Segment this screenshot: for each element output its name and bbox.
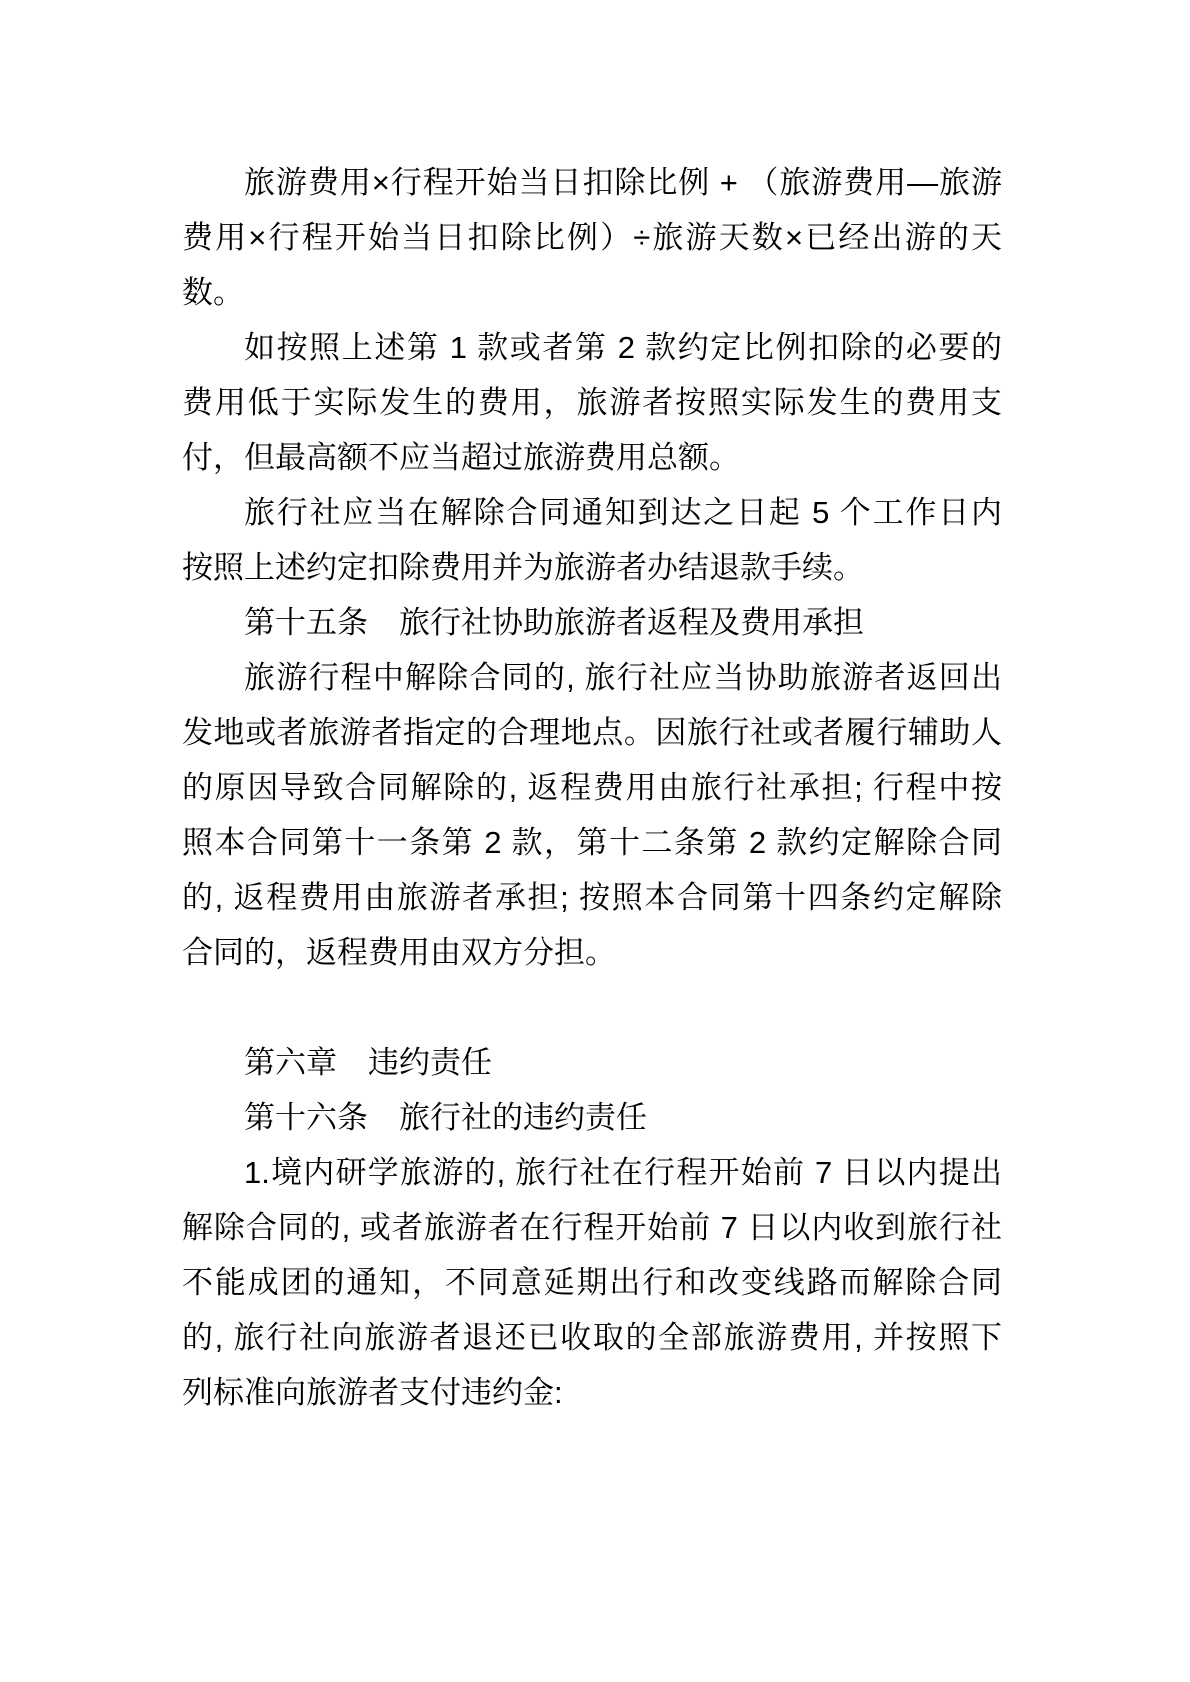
paragraph-line: 旅游行程中解除合同的, 旅行社应当协助旅游者返回出	[182, 650, 1002, 705]
article-heading: 第十六条 旅行社的违约责任	[182, 1090, 1002, 1145]
blank-line	[182, 980, 1002, 1035]
formula-line: 数。	[182, 265, 1002, 320]
paragraph-line: 按照上述约定扣除费用并为旅游者办结退款手续。	[182, 540, 1002, 595]
paragraph-line: 旅行社应当在解除合同通知到达之日起 5 个工作日内	[182, 485, 1002, 540]
chapter-heading: 第六章 违约责任	[182, 1035, 1002, 1090]
paragraph-line: 费用低于实际发生的费用，旅游者按照实际发生的费用支	[182, 375, 1002, 430]
paragraph-line: 的原因导致合同解除的, 返程费用由旅行社承担; 行程中按	[182, 760, 1002, 815]
formula-line: 旅游费用×行程开始当日扣除比例 + （旅游费用—旅游	[182, 155, 1002, 210]
paragraph-line: 的, 旅行社向旅游者退还已收取的全部旅游费用, 并按照下	[182, 1310, 1002, 1365]
paragraph-line: 不能成团的通知，不同意延期出行和改变线路而解除合同	[182, 1255, 1002, 1310]
paragraph-line: 合同的，返程费用由双方分担。	[182, 925, 1002, 980]
paragraph-line: 付，但最高额不应当超过旅游费用总额。	[182, 430, 1002, 485]
formula-line: 费用×行程开始当日扣除比例）÷旅游天数×已经出游的天	[182, 210, 1002, 265]
paragraph-line: 解除合同的, 或者旅游者在行程开始前 7 日以内收到旅行社	[182, 1200, 1002, 1255]
document-page: 旅游费用×行程开始当日扣除比例 + （旅游费用—旅游 费用×行程开始当日扣除比例…	[0, 0, 1190, 1682]
paragraph-line: 发地或者旅游者指定的合理地点。因旅行社或者履行辅助人	[182, 705, 1002, 760]
paragraph-line: 照本合同第十一条第 2 款，第十二条第 2 款约定解除合同	[182, 815, 1002, 870]
paragraph-line: 的, 返程费用由旅游者承担; 按照本合同第十四条约定解除	[182, 870, 1002, 925]
article-heading: 第十五条 旅行社协助旅游者返程及费用承担	[182, 595, 1002, 650]
paragraph-line: 列标准向旅游者支付违约金:	[182, 1365, 1002, 1420]
paragraph-line: 1.境内研学旅游的, 旅行社在行程开始前 7 日以内提出	[182, 1145, 1002, 1200]
paragraph-line: 如按照上述第 1 款或者第 2 款约定比例扣除的必要的	[182, 320, 1002, 375]
document-body: 旅游费用×行程开始当日扣除比例 + （旅游费用—旅游 费用×行程开始当日扣除比例…	[182, 155, 1002, 1420]
